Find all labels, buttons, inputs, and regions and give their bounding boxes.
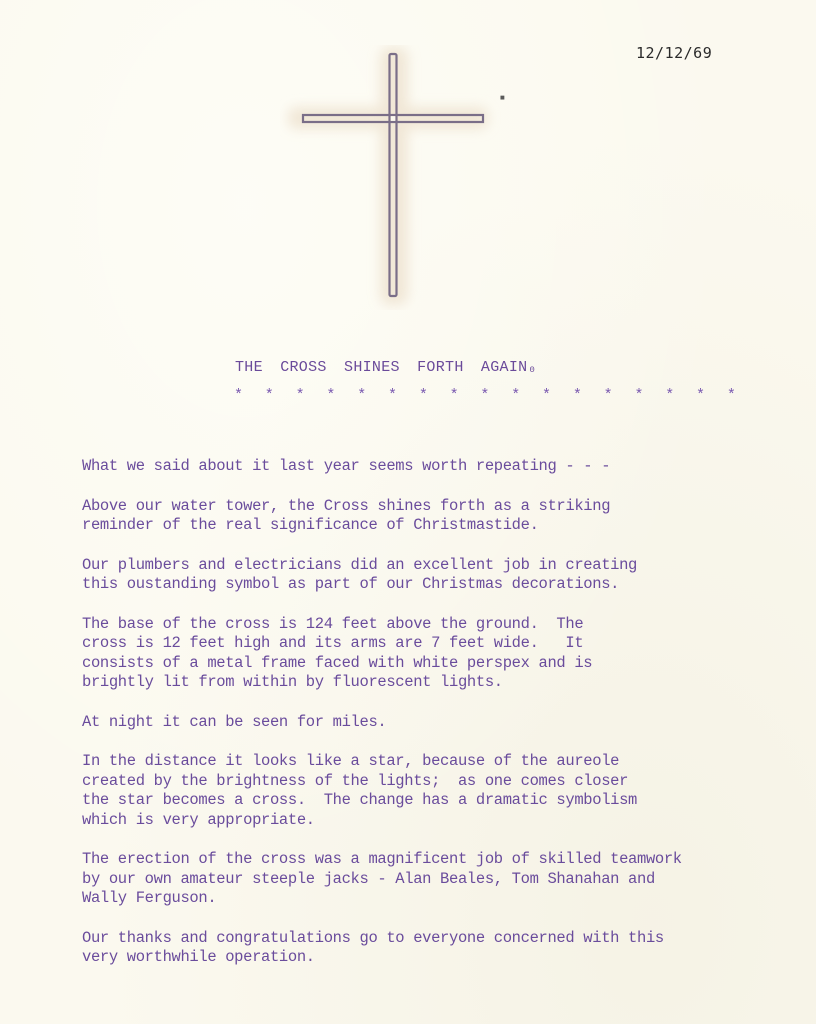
text-line: Our plumbers and electricians did an exc…: [82, 556, 782, 576]
paragraph: What we said about it last year seems wo…: [82, 457, 782, 477]
paragraph: Our thanks and congratulations go to eve…: [82, 929, 782, 968]
text-line: consists of a metal frame faced with whi…: [82, 654, 782, 674]
document-page: 12/12/69 ■ THE CROSS SHINES FORTH AGAIN₀…: [0, 0, 816, 1024]
title-star-underline: * * * * * * * * * * * * * * * * *: [234, 387, 742, 404]
text-line: which is very appropriate.: [82, 811, 782, 831]
text-line: At night it can be seen for miles.: [82, 713, 782, 733]
text-line: Our thanks and congratulations go to eve…: [82, 929, 782, 949]
text-line: reminder of the real significance of Chr…: [82, 516, 782, 536]
text-line: cross is 12 feet high and its arms are 7…: [82, 634, 782, 654]
document-title: THE CROSS SHINES FORTH AGAIN₀: [235, 359, 537, 376]
paragraph: The base of the cross is 124 feet above …: [82, 615, 782, 693]
text-line: by our own amateur steeple jacks - Alan …: [82, 870, 782, 890]
cross-icon: [280, 45, 520, 310]
text-line: created by the brightness of the lights;…: [82, 772, 782, 792]
text-line: The base of the cross is 124 feet above …: [82, 615, 782, 635]
paragraph: The erection of the cross was a magnific…: [82, 850, 782, 909]
text-line: the star becomes a cross. The change has…: [82, 791, 782, 811]
text-line: very worthwhile operation.: [82, 948, 782, 968]
text-line: Above our water tower, the Cross shines …: [82, 497, 782, 517]
document-body: What we said about it last year seems wo…: [82, 457, 782, 988]
text-line: What we said about it last year seems wo…: [82, 457, 782, 477]
paragraph: Our plumbers and electricians did an exc…: [82, 556, 782, 595]
cross-illustration: [280, 45, 520, 310]
text-line: Wally Ferguson.: [82, 889, 782, 909]
ink-speck: ■: [500, 94, 505, 103]
paragraph: In the distance it looks like a star, be…: [82, 752, 782, 830]
paragraph: At night it can be seen for miles.: [82, 713, 782, 733]
text-line: brightly lit from within by fluorescent …: [82, 673, 782, 693]
text-line: this oustanding symbol as part of our Ch…: [82, 575, 782, 595]
text-line: In the distance it looks like a star, be…: [82, 752, 782, 772]
document-date: 12/12/69: [636, 44, 712, 62]
text-line: The erection of the cross was a magnific…: [82, 850, 782, 870]
paragraph: Above our water tower, the Cross shines …: [82, 497, 782, 536]
